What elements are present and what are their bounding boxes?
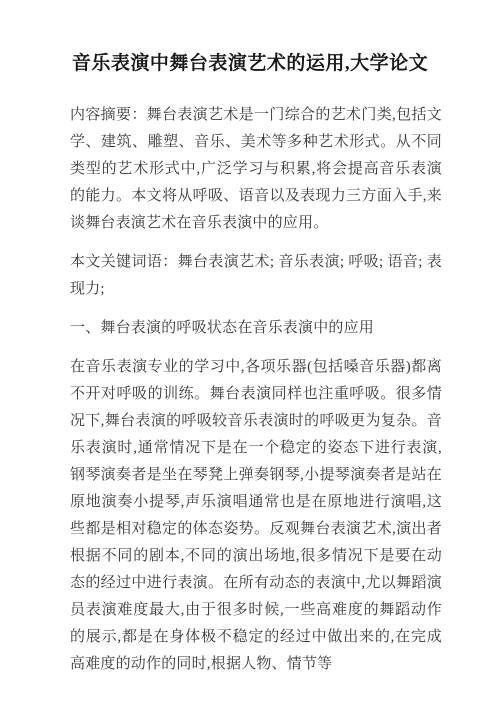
keywords-paragraph: 本文关键词语：舞台表演艺术; 音乐表演; 呼吸; 语音; 表现力;	[70, 249, 442, 303]
document-page: 音乐表演中舞台表演艺术的运用,大学论文 内容摘要：舞台表演艺术是一门综合的艺术门…	[0, 0, 500, 707]
section-heading: 一、舞台表演的呼吸状态在音乐表演中的应用	[70, 315, 442, 342]
body-paragraph: 在音乐表演专业的学习中,各项乐器(包括嗓音乐器)都离不开对呼吸的训练。舞台表演同…	[70, 354, 442, 678]
document-body: 内容摘要：舞台表演艺术是一门综合的艺术门类,包括文学、建筑、雕塑、音乐、美术等多…	[70, 102, 442, 678]
abstract-paragraph: 内容摘要：舞台表演艺术是一门综合的艺术门类,包括文学、建筑、雕塑、音乐、美术等多…	[70, 102, 442, 237]
document-title: 音乐表演中舞台表演艺术的运用,大学论文	[38, 48, 462, 80]
